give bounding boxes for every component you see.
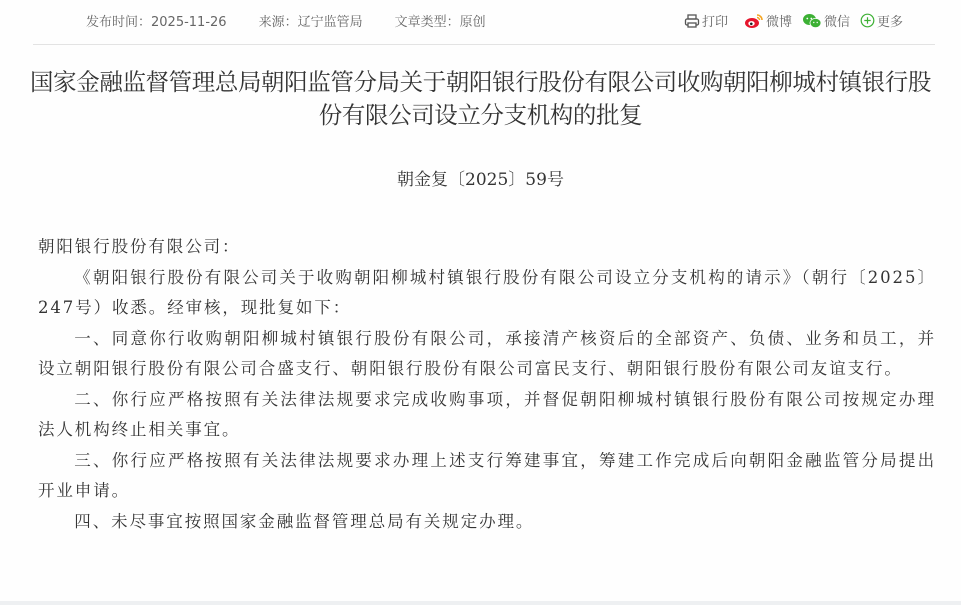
article-meta: 发布时间：2025-11-26 来源：辽宁监管局 文章类型：原创 [86, 11, 486, 30]
paragraph-item-2: 二、你行应严格按照有关法律法规要求完成收购事项，并督促朝阳柳城村镇银行股份有限公… [38, 385, 936, 446]
article-type: 文章类型：原创 [395, 11, 486, 30]
more-label: 更多 [877, 11, 903, 30]
article-meta-bar: 发布时间：2025-11-26 来源：辽宁监管局 文章类型：原创 打印 微博 [0, 0, 961, 44]
article-body: 朝阳银行股份有限公司： 《朝阳银行股份有限公司关于收购朝阳柳城村镇银行股份有限公… [38, 232, 936, 537]
plus-circle-icon [860, 13, 875, 28]
wechat-share-button[interactable]: 微信 [802, 11, 850, 30]
weibo-share-button[interactable]: 微博 [744, 11, 792, 30]
publish-time: 发布时间：2025-11-26 [86, 11, 227, 30]
more-share-button[interactable]: 更多 [860, 11, 903, 30]
bottom-edge [0, 601, 961, 605]
weibo-icon [744, 13, 764, 29]
weibo-label: 微博 [766, 11, 792, 30]
article-source: 来源：辽宁监管局 [259, 11, 363, 30]
wechat-label: 微信 [824, 11, 850, 30]
article-title: 国家金融监督管理总局朝阳监管分局关于朝阳银行股份有限公司收购朝阳柳城村镇银行股份… [20, 66, 941, 132]
paragraph-item-1: 一、同意你行收购朝阳柳城村镇银行股份有限公司，承接清产核资后的全部资产、负债、业… [38, 324, 936, 385]
paragraph-item-3: 三、你行应严格按照有关法律法规要求办理上述支行筹建事宜，筹建工作完成后向朝阳金融… [38, 446, 936, 507]
share-toolbar: 打印 微博 微信 [684, 11, 903, 30]
paragraph-request: 《朝阳银行股份有限公司关于收购朝阳柳城村镇银行股份有限公司设立分支机构的请示》（… [38, 263, 936, 324]
print-label: 打印 [702, 11, 728, 30]
paragraph-item-4: 四、未尽事宜按照国家金融监督管理总局有关规定办理。 [38, 507, 936, 538]
document-number: 朝金复〔2025〕59号 [0, 165, 961, 190]
salutation: 朝阳银行股份有限公司： [38, 232, 936, 263]
print-button[interactable]: 打印 [684, 11, 728, 30]
printer-icon [684, 14, 700, 28]
header-divider [33, 44, 935, 45]
wechat-icon [802, 13, 822, 29]
